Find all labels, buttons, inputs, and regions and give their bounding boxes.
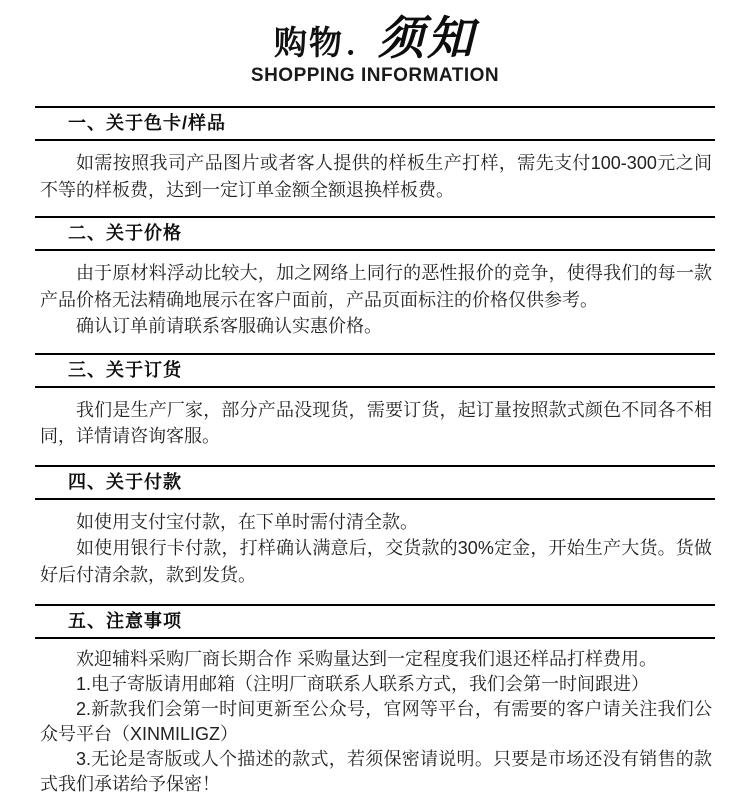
section-paragraph: 1.电子寄版请用邮箱（注明厂商联系人联系方式，我们会第一时间跟进）	[40, 672, 712, 697]
section-paragraph: 2.新款我们会第一时间更新至公众号，官网等平台，有需要的客户请关注我们公众号平台…	[40, 697, 712, 747]
section-paragraph: 如需按照我司产品图片或者客人提供的样板生产打样，需先支付100-300元之间不等…	[40, 150, 712, 203]
section-body: 由于原材料浮动比较大，加之网络上同行的恶性报价的竞争，使得我们的每一款产品价格无…	[35, 251, 715, 349]
page-title-part1: 购物	[274, 24, 344, 61]
section-pricing: 二、关于价格 由于原材料浮动比较大，加之网络上同行的恶性报价的竞争，使得我们的每…	[35, 216, 715, 349]
section-body: 欢迎辅料采购厂商长期合作 采购量达到一定程度我们退还样品打样费用。 1.电子寄版…	[35, 639, 715, 798]
section-paragraph: 确认订单前请联系客服确认实惠价格。	[40, 313, 712, 340]
sections-container: 一、关于色卡/样品 如需按照我司产品图片或者客人提供的样板生产打样，需先支付10…	[35, 106, 715, 798]
page-title-block: 购物．须知 SHOPPING INFORMATION	[0, 0, 750, 87]
section-paragraph: 由于原材料浮动比较大，加之网络上同行的恶性报价的竞争，使得我们的每一款产品价格无…	[40, 260, 712, 313]
page-subtitle: SHOPPING INFORMATION	[0, 65, 750, 87]
section-paragraph: 如使用银行卡付款，打样确认满意后，交货款的30%定金，开始生产大货。货做好后付清…	[40, 535, 712, 588]
section-body: 如需按照我司产品图片或者客人提供的样板生产打样，需先支付100-300元之间不等…	[35, 141, 715, 212]
section-color-card-samples: 一、关于色卡/样品 如需按照我司产品图片或者客人提供的样板生产打样，需先支付10…	[35, 106, 715, 212]
section-payment: 四、关于付款 如使用支付宝付款，在下单时需付清全款。 如使用银行卡付款，打样确认…	[35, 465, 715, 598]
section-heading: 二、关于价格	[35, 216, 715, 251]
section-body: 如使用支付宝付款，在下单时需付清全款。 如使用银行卡付款，打样确认满意后，交货款…	[35, 500, 715, 598]
page-title-separator: ．	[346, 28, 376, 61]
section-paragraph: 3.无论是寄版或人个描述的款式，若须保密请说明。只要是市场还没有销售的款式我们承…	[40, 747, 712, 797]
section-heading: 一、关于色卡/样品	[35, 106, 715, 141]
section-paragraph: 我们是生产厂家，部分产品没现货，需要订货，起订量按照款式颜色不同各不相同，详情请…	[40, 397, 712, 450]
page-title-part2: 须知	[378, 12, 476, 64]
section-notes: 五、注意事项 欢迎辅料采购厂商长期合作 采购量达到一定程度我们退还样品打样费用。…	[35, 604, 715, 798]
section-heading: 三、关于订货	[35, 353, 715, 388]
section-heading: 五、注意事项	[35, 604, 715, 639]
page-title: 购物．须知	[0, 12, 750, 64]
shopping-information-page: 购物．须知 SHOPPING INFORMATION 一、关于色卡/样品 如需按…	[0, 0, 750, 798]
section-paragraph: 如使用支付宝付款，在下单时需付清全款。	[40, 509, 712, 536]
section-ordering: 三、关于订货 我们是生产厂家，部分产品没现货，需要订货，起订量按照款式颜色不同各…	[35, 353, 715, 459]
section-body: 我们是生产厂家，部分产品没现货，需要订货，起订量按照款式颜色不同各不相同，详情请…	[35, 388, 715, 459]
section-heading: 四、关于付款	[35, 465, 715, 500]
section-paragraph: 欢迎辅料采购厂商长期合作 采购量达到一定程度我们退还样品打样费用。	[40, 647, 712, 672]
